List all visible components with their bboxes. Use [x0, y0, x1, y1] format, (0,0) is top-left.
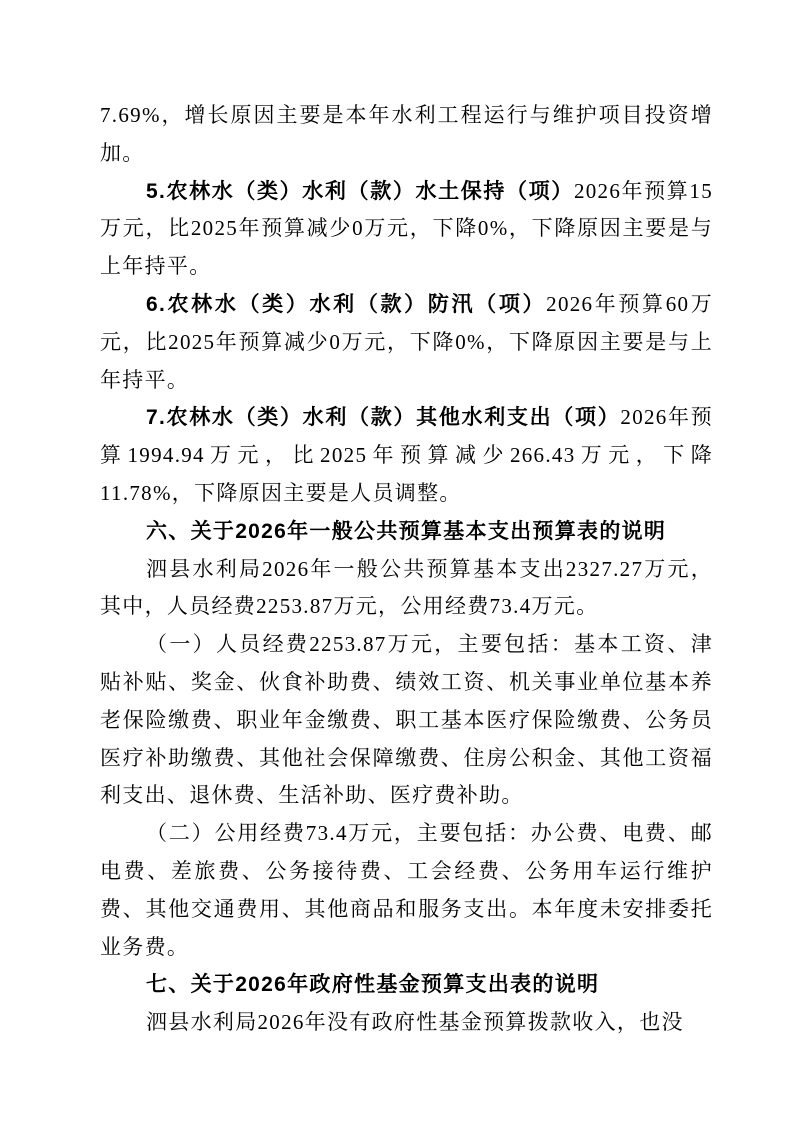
budget-item-lead: 7.农林水（类）水利（款）其他水利支出（项） — [146, 406, 620, 429]
section-heading-basic-expenditure: 六、关于2026年一般公共预算基本支出预算表的说明 — [100, 513, 713, 551]
para-gov-fund-budget: 泗县水利局2026年没有政府性基金预算拨款收入，也没 — [100, 1004, 713, 1042]
paragraph-text: （二）公用经费73.4万元，主要包括：办公费、电费、邮电费、差旅费、公务接待费、… — [100, 821, 713, 958]
paragraph-text: 泗县水利局2026年没有政府性基金预算拨款收入，也没 — [146, 1010, 684, 1034]
para-personnel-expense-detail: （一）人员经费2253.87万元，主要包括：基本工资、津贴补贴、奖金、伙食补助费… — [100, 626, 713, 815]
section-heading-gov-fund-budget: 七、关于2026年政府性基金预算支出表的说明 — [100, 966, 713, 1004]
budget-item-lead: 5.农林水（类）水利（款）水土保持（项） — [146, 180, 574, 203]
budget-item-soil-conservation: 5.农林水（类）水利（款）水土保持（项）2026年预算15万元，比2025年预算… — [100, 173, 713, 286]
paragraph-text: 泗县水利局2026年一般公共预算基本支出2327.27万元，其中，人员经费225… — [100, 557, 713, 619]
para-basic-expenditure-total: 泗县水利局2026年一般公共预算基本支出2327.27万元，其中，人员经费225… — [100, 551, 713, 627]
para-growth-reason-continuation: 7.69%，增长原因主要是本年水利工程运行与维护项目投资增加。 — [100, 97, 713, 173]
heading-text: 六、关于2026年一般公共预算基本支出预算表的说明 — [146, 520, 666, 543]
document-content: 7.69%，增长原因主要是本年水利工程运行与维护项目投资增加。 5.农林水（类）… — [100, 97, 713, 1042]
para-public-expense-detail: （二）公用经费73.4万元，主要包括：办公费、电费、邮电费、差旅费、公务接待费、… — [100, 815, 713, 966]
paragraph-text: （一）人员经费2253.87万元，主要包括：基本工资、津贴补贴、奖金、伙食补助费… — [100, 632, 713, 807]
paragraph-text: 7.69%，增长原因主要是本年水利工程运行与维护项目投资增加。 — [100, 103, 713, 165]
budget-item-other-water-expenditure: 7.农林水（类）水利（款）其他水利支出（项）2026年预算1994.94万元，比… — [100, 399, 713, 512]
budget-item-flood-control: 6.农林水（类）水利（款）防汛（项）2026年预算60万元，比2025年预算减少… — [100, 286, 713, 399]
document-page: 7.69%，增长原因主要是本年水利工程运行与维护项目投资增加。 5.农林水（类）… — [0, 0, 793, 1122]
budget-item-lead: 6.农林水（类）水利（款）防汛（项） — [146, 293, 546, 316]
heading-text: 七、关于2026年政府性基金预算支出表的说明 — [146, 973, 599, 996]
